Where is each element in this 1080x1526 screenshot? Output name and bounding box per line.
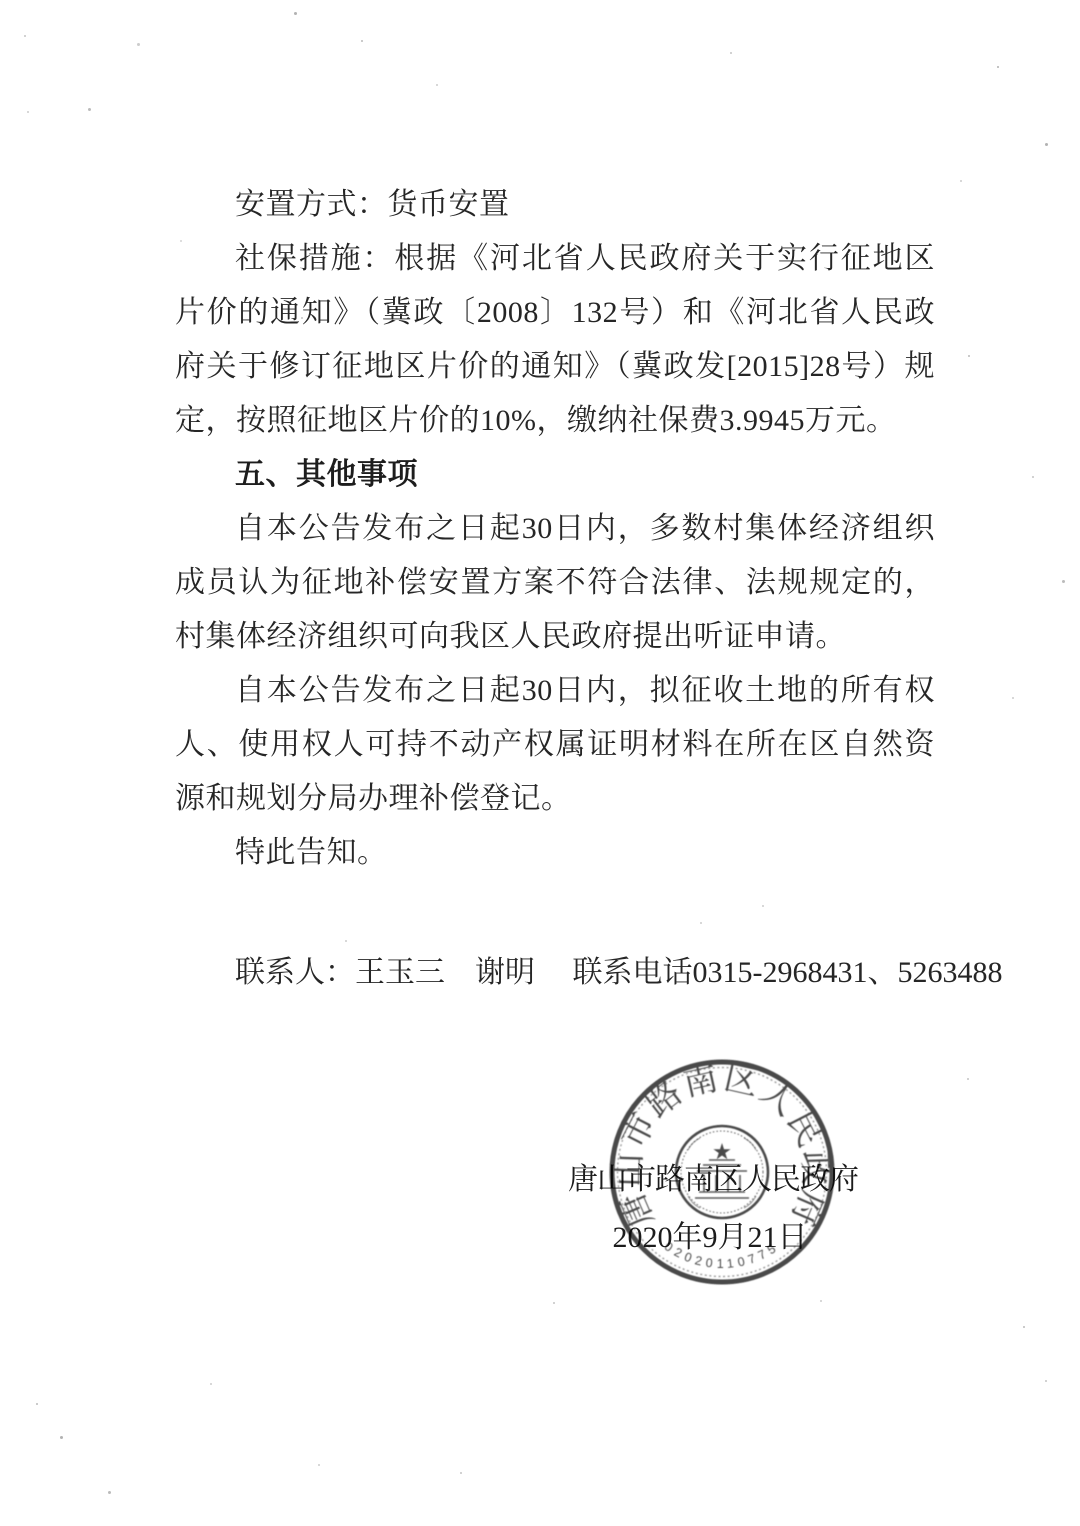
scan-speck (730, 52, 732, 54)
scan-speck (1023, 1326, 1025, 1328)
scan-speck (180, 240, 182, 242)
scan-speck (922, 520, 924, 522)
paragraph-social-security: 社保措施：根据《河北省人民政府关于实行征地区片价的通知》（冀政〔2008〕132… (175, 232, 935, 448)
contact-info-line: 联系人：王玉三 谢明 联系电话0315-2968431、5263488 (175, 946, 935, 1000)
document-body: 安置方式：货币安置 社保措施：根据《河北省人民政府关于实行征地区片价的通知》（冀… (175, 178, 935, 1000)
scan-speck (553, 1302, 555, 1304)
national-emblem-icon (676, 1126, 768, 1218)
scan-speck (361, 40, 363, 42)
scan-speck (997, 66, 999, 68)
scan-speck (700, 922, 702, 924)
scan-speck (137, 43, 140, 46)
scan-speck (88, 108, 91, 111)
scan-speck (294, 12, 297, 15)
scan-speck (1045, 1380, 1047, 1382)
scan-speck (108, 1491, 111, 1494)
scan-speck (36, 1403, 38, 1405)
paragraph-compensation-registration: 自本公告发布之日起30日内，拟征收土地的所有权人、使用权人可持不动产权属证明材料… (175, 664, 935, 826)
scan-speck (1062, 580, 1065, 583)
scan-speck (1012, 697, 1014, 699)
paragraph-placement-method: 安置方式：货币安置 (175, 178, 935, 232)
scan-speck (820, 1300, 822, 1302)
scan-speck (27, 111, 29, 113)
scan-speck (345, 940, 347, 942)
scan-speck (460, 1472, 462, 1474)
scan-speck (1032, 476, 1034, 478)
scan-speck (210, 1383, 212, 1385)
seal-code-digits: 02020110775 (662, 1239, 782, 1271)
section-heading-other-matters: 五、其他事项 (175, 448, 935, 502)
scan-speck (762, 905, 764, 907)
scanned-document-page: 安置方式：货币安置 社保措施：根据《河北省人民政府关于实行征地区片价的通知》（冀… (0, 0, 1080, 1526)
official-seal-stamp: 唐山市路南区人民政府 02020110775 (572, 1022, 872, 1322)
scan-speck (301, 317, 303, 319)
scan-speck (968, 355, 970, 357)
scan-speck (1045, 143, 1048, 146)
paragraph-notice-closing: 特此告知。 (175, 826, 935, 880)
scan-speck (436, 84, 438, 86)
scan-speck (960, 180, 962, 182)
scan-speck (318, 1464, 320, 1466)
scan-speck (24, 35, 26, 37)
scan-speck (967, 1078, 969, 1080)
scan-speck (60, 1436, 63, 1439)
paragraph-hearing-request: 自本公告发布之日起30日内，多数村集体经济组织成员认为征地补偿安置方案不符合法律… (175, 502, 935, 664)
